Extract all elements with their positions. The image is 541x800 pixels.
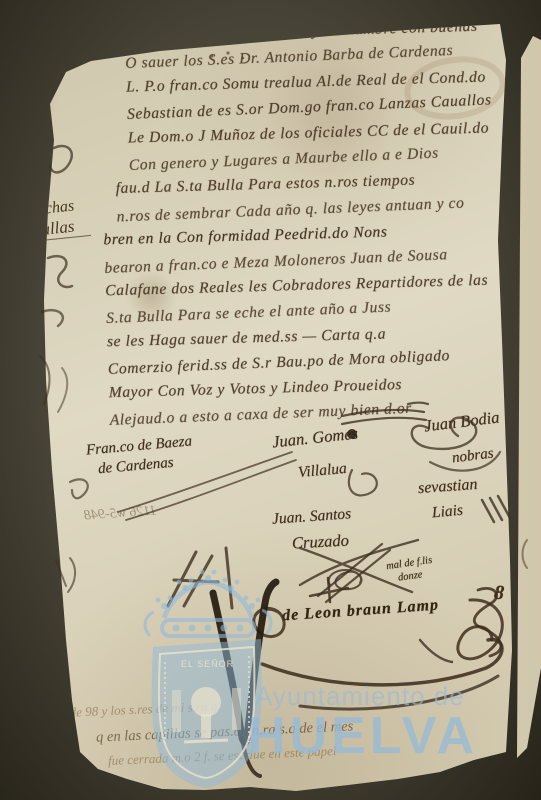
signature-bodia-line2: nobras	[451, 446, 494, 468]
manuscript-photo: 4 A fau.do Como lean a Dios y Costumbre …	[0, 0, 541, 800]
numeral-eight: 8	[493, 582, 505, 606]
signature-grand: de Leon braun Lamp	[282, 597, 440, 626]
manuscript-page: 4 A fau.do Como lean a Dios y Costumbre …	[0, 0, 541, 800]
signature-santos-line1: Juan. Santos	[271, 505, 351, 528]
signature-santos-line2: Cruzado	[292, 531, 350, 554]
watermark-text-line2: HUELVA	[248, 706, 478, 766]
signature-baeza-line2: de Cardenas	[97, 455, 174, 479]
signature-sevastian: sevastian	[417, 476, 478, 498]
mirror-offset-text: 1126 w5-948	[84, 503, 157, 524]
signature-villalva: Villalua	[297, 460, 347, 482]
marginal-note-small-line2: donze	[397, 569, 423, 583]
marginal-note-small-line1: mal de f.lis	[385, 555, 432, 572]
signature-liais: Liais	[431, 502, 463, 523]
signature-baeza-line1: Fran.co de Baeza	[85, 433, 192, 459]
signature-gomes: Juan. Gomes	[271, 424, 359, 453]
body-text: A fau.do Como lean a Dios y Costumbre co…	[96, 11, 540, 432]
